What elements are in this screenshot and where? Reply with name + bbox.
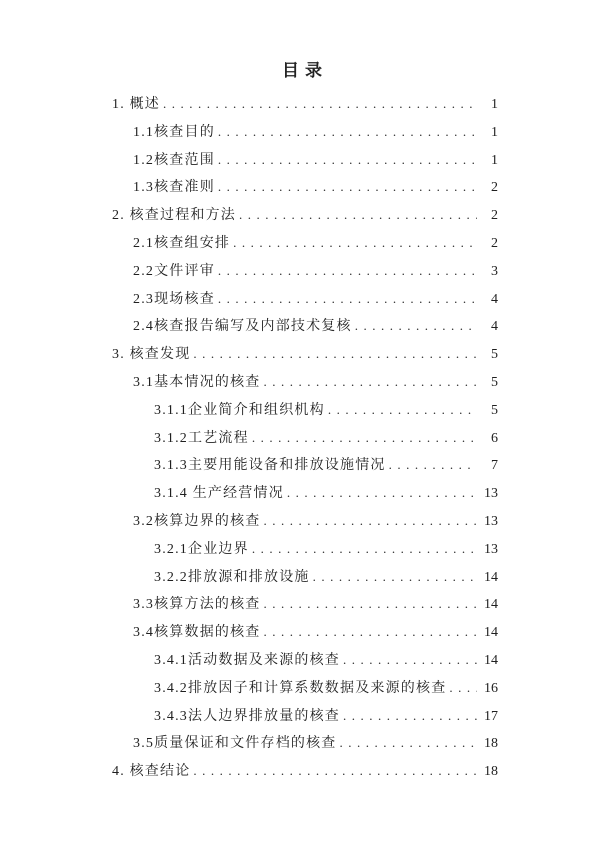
dot-leader bbox=[340, 729, 478, 757]
toc-entry: 3. 核查发现5 bbox=[112, 340, 498, 368]
toc-entry: 3.4核算数据的核查14 bbox=[112, 618, 498, 646]
toc-entry-label: 3.4.3法人边界排放量的核查 bbox=[154, 703, 340, 731]
toc-entry-label: 2.2文件评审 bbox=[133, 258, 215, 286]
dot-leader bbox=[193, 340, 477, 368]
toc-entry-label: 3.5质量保证和文件存档的核查 bbox=[133, 730, 337, 758]
dot-leader bbox=[343, 646, 477, 674]
toc-entry-page: 13 bbox=[482, 536, 498, 564]
dot-leader bbox=[218, 173, 477, 201]
toc-entry-page: 2 bbox=[482, 174, 498, 202]
toc-entry-page: 4 bbox=[482, 313, 498, 341]
toc-entry-page: 14 bbox=[482, 619, 498, 647]
dot-leader bbox=[355, 312, 477, 340]
toc-entry-page: 18 bbox=[482, 730, 498, 758]
dot-leader bbox=[264, 618, 478, 646]
dot-leader bbox=[218, 257, 477, 285]
toc-entry-label: 3.4.2排放因子和计算系数数据及来源的核查 bbox=[154, 675, 446, 703]
toc-entry-label: 3. 核查发现 bbox=[112, 341, 190, 369]
toc-entry: 3.4.1活动数据及来源的核查14 bbox=[112, 646, 498, 674]
toc-entry: 1.1核查目的1 bbox=[112, 118, 498, 146]
dot-leader bbox=[328, 396, 477, 424]
dot-leader bbox=[389, 451, 477, 479]
dot-leader bbox=[264, 368, 478, 396]
dot-leader bbox=[218, 146, 477, 174]
toc-entry: 4. 核查结论18 bbox=[112, 757, 498, 785]
toc-entry-page: 2 bbox=[482, 202, 498, 230]
dot-leader bbox=[193, 757, 477, 785]
toc-entry-page: 7 bbox=[482, 452, 498, 480]
toc-entry-label: 3.2.1企业边界 bbox=[154, 536, 249, 564]
toc-entry: 3.4.3法人边界排放量的核查17 bbox=[112, 702, 498, 730]
toc-entry-label: 4. 核查结论 bbox=[112, 758, 190, 786]
dot-leader bbox=[252, 535, 477, 563]
toc-entry-page: 6 bbox=[482, 425, 498, 453]
toc-entry-label: 3.1.4 生产经营情况 bbox=[154, 480, 284, 508]
toc-entry-label: 1.3核查准则 bbox=[133, 174, 215, 202]
dot-leader bbox=[163, 90, 477, 118]
toc-entry-label: 1. 概述 bbox=[112, 91, 160, 119]
toc-entry: 3.3核算方法的核查14 bbox=[112, 590, 498, 618]
toc-entry: 3.5质量保证和文件存档的核查18 bbox=[112, 729, 498, 757]
toc-list: 1. 概述11.1核查目的11.2核查范围11.3核查准则22. 核查过程和方法… bbox=[112, 90, 498, 785]
toc-entry: 3.2核算边界的核查13 bbox=[112, 507, 498, 535]
toc-entry: 3.2.2排放源和排放设施14 bbox=[112, 563, 498, 591]
dot-leader bbox=[252, 424, 477, 452]
toc-entry-page: 1 bbox=[482, 147, 498, 175]
toc-entry: 2.3现场核查4 bbox=[112, 285, 498, 313]
toc-entry-label: 3.4核算数据的核查 bbox=[133, 619, 261, 647]
toc-entry-page: 3 bbox=[482, 258, 498, 286]
toc-entry-page: 1 bbox=[482, 119, 498, 147]
toc-entry: 1.3核查准则2 bbox=[112, 173, 498, 201]
toc-entry: 2. 核查过程和方法2 bbox=[112, 201, 498, 229]
dot-leader bbox=[264, 507, 478, 535]
document-page: 目录 1. 概述11.1核查目的11.2核查范围11.3核查准则22. 核查过程… bbox=[0, 0, 595, 841]
toc-entry-label: 3.1.1企业简介和组织机构 bbox=[154, 397, 325, 425]
dot-leader bbox=[239, 201, 477, 229]
dot-leader bbox=[233, 229, 477, 257]
dot-leader bbox=[287, 479, 477, 507]
toc-entry-page: 14 bbox=[482, 591, 498, 619]
toc-entry-page: 5 bbox=[482, 397, 498, 425]
toc-entry-page: 14 bbox=[482, 647, 498, 675]
toc-entry-page: 5 bbox=[482, 369, 498, 397]
toc-entry-label: 3.1.2工艺流程 bbox=[154, 425, 249, 453]
toc-entry: 2.2文件评审3 bbox=[112, 257, 498, 285]
toc-entry-page: 4 bbox=[482, 286, 498, 314]
toc-entry: 3.2.1企业边界13 bbox=[112, 535, 498, 563]
toc-entry: 3.1.2工艺流程6 bbox=[112, 424, 498, 452]
dot-leader bbox=[343, 702, 477, 730]
toc-entry-page: 17 bbox=[482, 703, 498, 731]
toc-entry-page: 14 bbox=[482, 564, 498, 592]
toc-entry-label: 2.1核查组安排 bbox=[133, 230, 230, 258]
toc-entry-page: 13 bbox=[482, 480, 498, 508]
toc-entry-label: 3.1.3主要用能设备和排放设施情况 bbox=[154, 452, 386, 480]
toc-entry-page: 5 bbox=[482, 341, 498, 369]
toc-entry-page: 1 bbox=[482, 91, 498, 119]
toc-entry: 3.1.4 生产经营情况13 bbox=[112, 479, 498, 507]
dot-leader bbox=[313, 563, 477, 591]
toc-entry-label: 3.3核算方法的核查 bbox=[133, 591, 261, 619]
toc-entry-page: 2 bbox=[482, 230, 498, 258]
dot-leader bbox=[449, 674, 477, 702]
toc-entry: 3.1.1企业简介和组织机构5 bbox=[112, 396, 498, 424]
toc-entry-label: 1.2核查范围 bbox=[133, 147, 215, 175]
dot-leader bbox=[218, 285, 477, 313]
toc-entry: 2.1核查组安排2 bbox=[112, 229, 498, 257]
toc-entry: 1. 概述1 bbox=[112, 90, 498, 118]
toc-entry-label: 1.1核查目的 bbox=[133, 119, 215, 147]
dot-leader bbox=[264, 590, 478, 618]
toc-entry-page: 18 bbox=[482, 758, 498, 786]
toc-entry: 2.4核查报告编写及内部技术复核4 bbox=[112, 312, 498, 340]
toc-entry-page: 16 bbox=[482, 675, 498, 703]
toc-entry-label: 2.4核查报告编写及内部技术复核 bbox=[133, 313, 352, 341]
toc-entry-page: 13 bbox=[482, 508, 498, 536]
toc-entry: 1.2核查范围1 bbox=[112, 146, 498, 174]
toc-entry-label: 2. 核查过程和方法 bbox=[112, 202, 236, 230]
toc-entry: 3.1基本情况的核查5 bbox=[112, 368, 498, 396]
toc-entry: 3.1.3主要用能设备和排放设施情况7 bbox=[112, 451, 498, 479]
toc-entry-label: 3.2.2排放源和排放设施 bbox=[154, 564, 310, 592]
toc-entry-label: 3.2核算边界的核查 bbox=[133, 508, 261, 536]
page-title: 目录 bbox=[112, 58, 498, 84]
toc-entry-label: 3.1基本情况的核查 bbox=[133, 369, 261, 397]
toc-entry-label: 3.4.1活动数据及来源的核查 bbox=[154, 647, 340, 675]
toc-entry-label: 2.3现场核查 bbox=[133, 286, 215, 314]
dot-leader bbox=[218, 118, 477, 146]
toc-entry: 3.4.2排放因子和计算系数数据及来源的核查16 bbox=[112, 674, 498, 702]
